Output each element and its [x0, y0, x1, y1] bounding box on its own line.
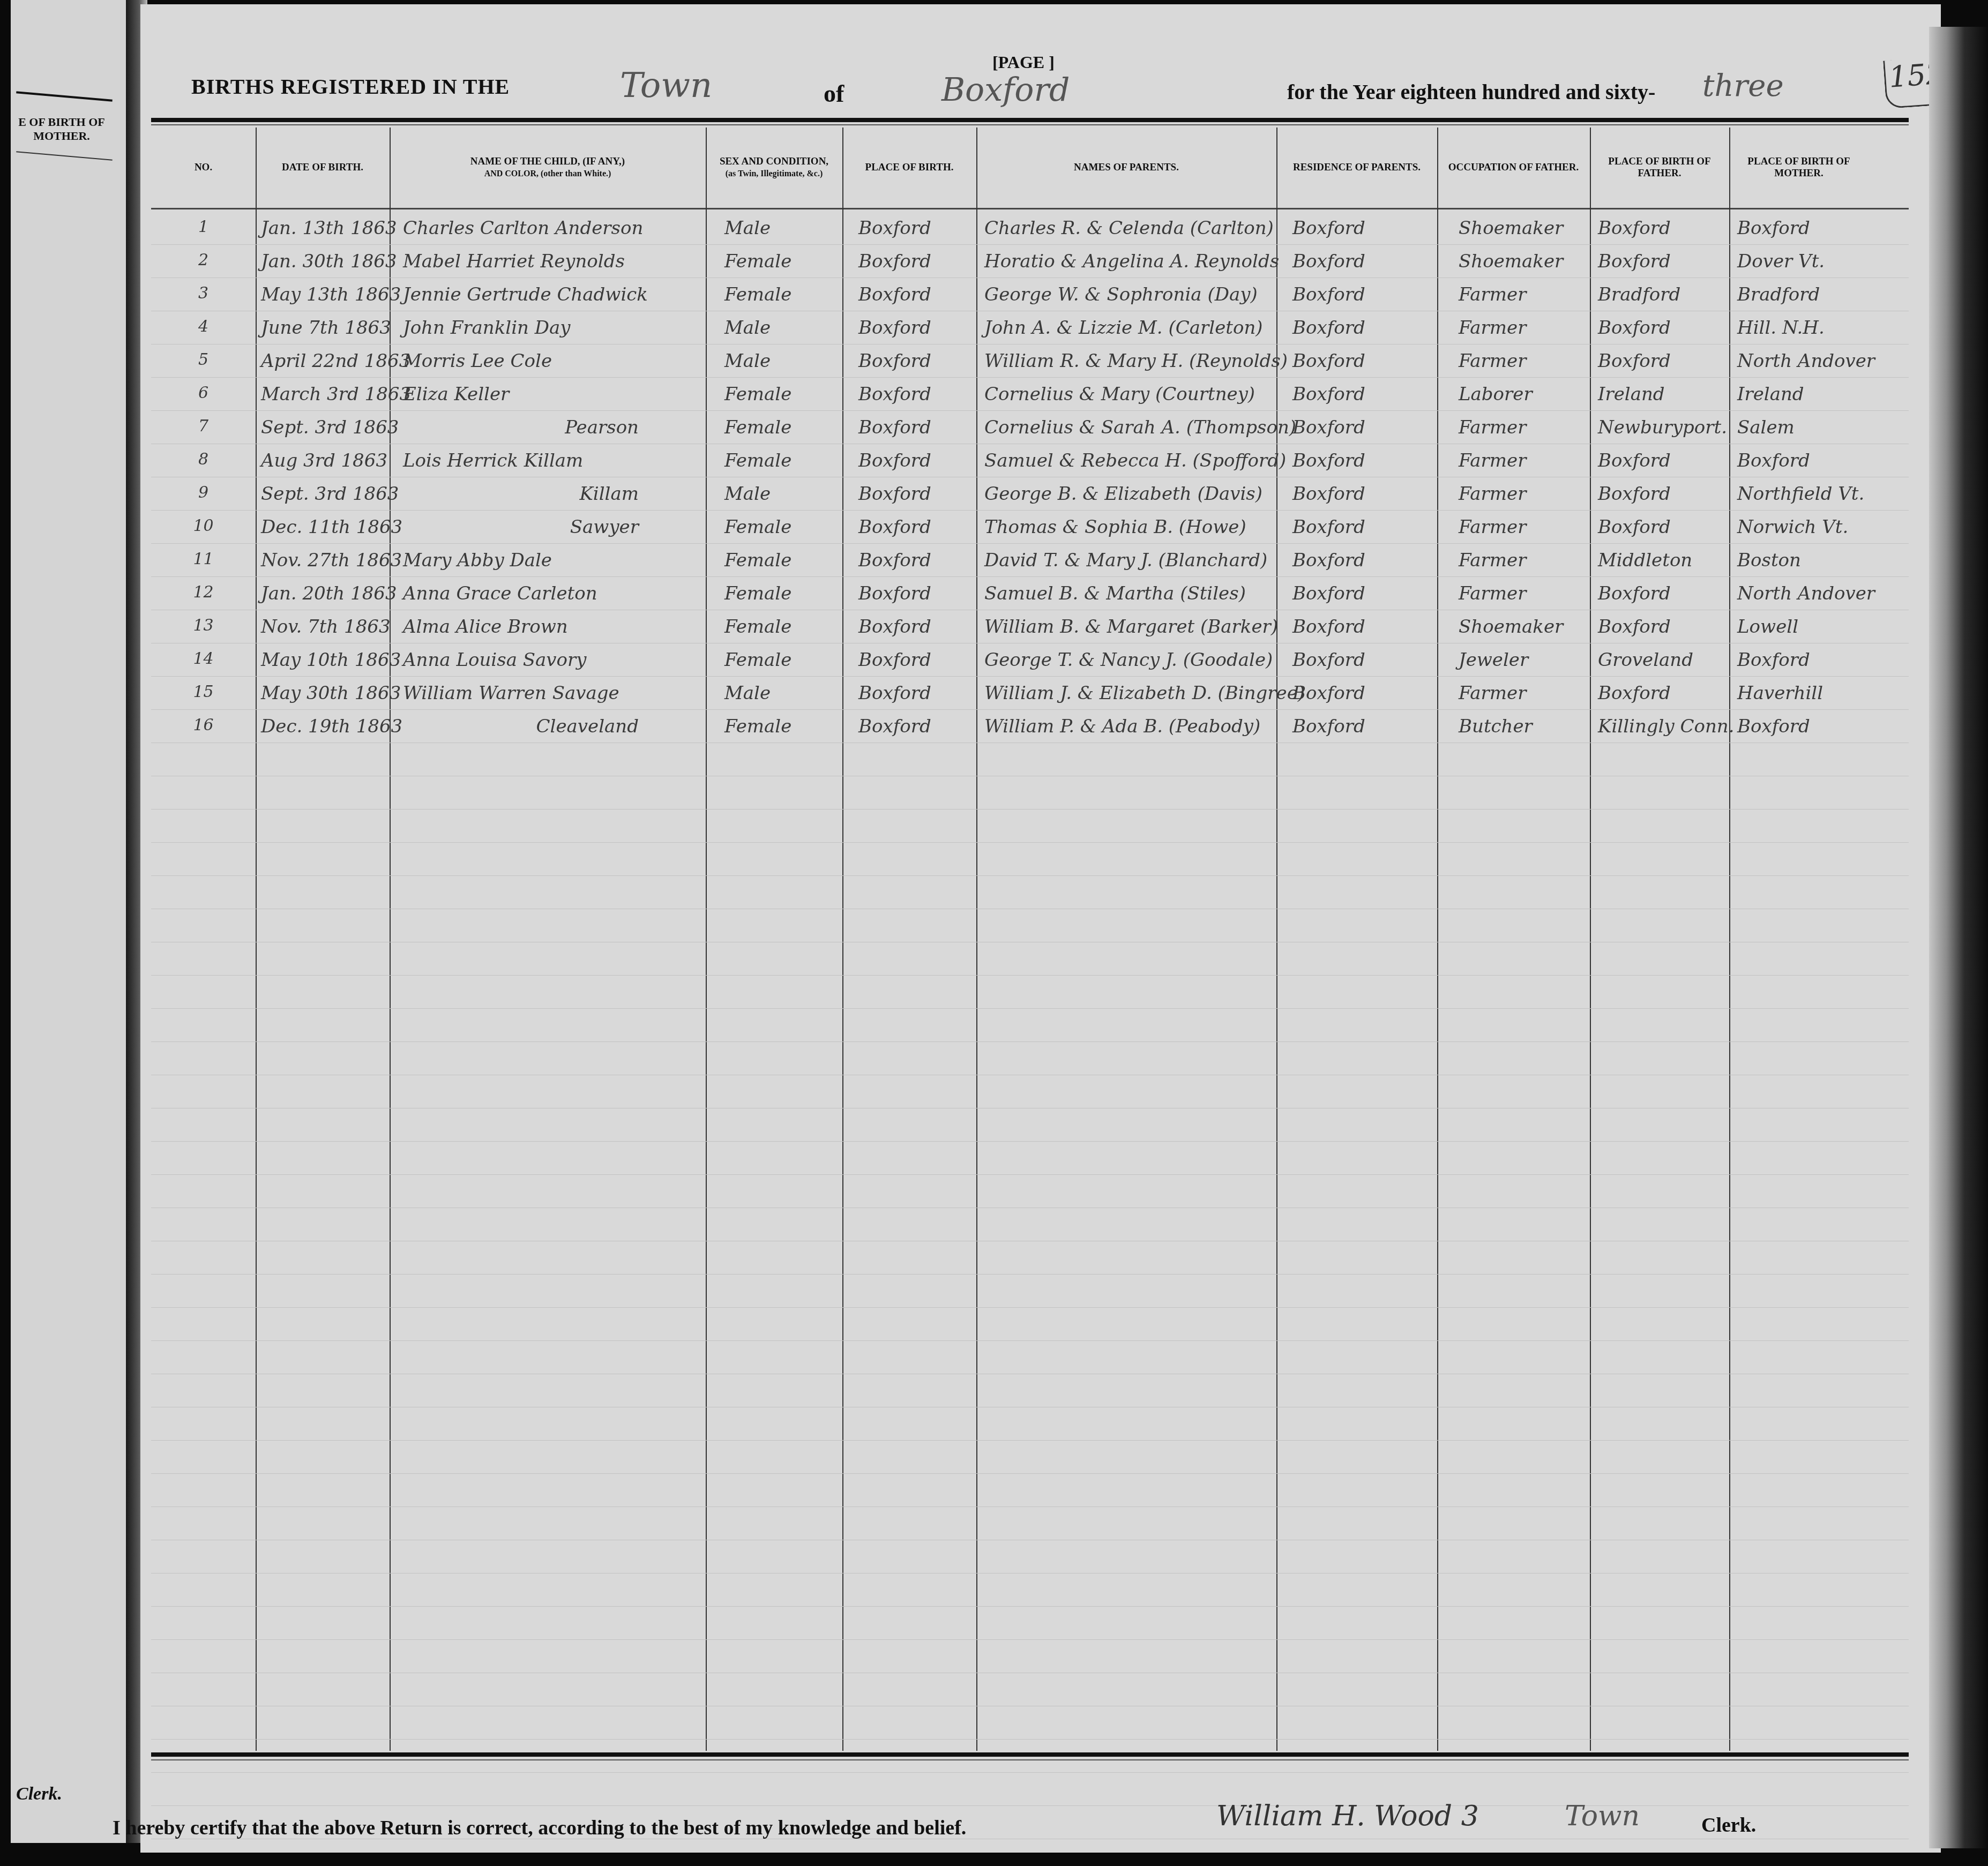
cell-residence: Boxford	[1292, 317, 1432, 339]
cell-mother-birth: Bradford	[1737, 284, 1877, 305]
ruled-line	[151, 1573, 1909, 1573]
cell-child: Anna Grace Carleton	[403, 583, 703, 604]
cell-place: Boxford	[858, 516, 971, 538]
cell-sex: Male	[724, 683, 837, 704]
of-label: of	[824, 79, 844, 108]
cell-father-birth: Boxford	[1598, 450, 1727, 471]
cell-no: 6	[151, 384, 256, 402]
cell-parents: David T. & Mary J. (Blanchard)	[984, 550, 1274, 571]
town-name: Boxford	[941, 71, 1070, 109]
ruled-line	[151, 1041, 1909, 1042]
cell-no: 14	[151, 649, 256, 668]
cell-parents: Horatio & Angelina A. Reynolds	[984, 251, 1274, 272]
cell-child: Alma Alice Brown	[403, 616, 703, 638]
cell-place: Boxford	[858, 550, 971, 571]
cell-residence: Boxford	[1292, 683, 1432, 704]
cell-father-birth: Boxford	[1598, 317, 1727, 339]
cell-parents: Samuel B. & Martha (Stiles)	[984, 583, 1274, 604]
cell-father-birth: Boxford	[1598, 350, 1727, 372]
cell-date: Sept. 3rd 1863	[261, 483, 390, 505]
ruled-line	[151, 1008, 1909, 1009]
cell-place: Boxford	[858, 317, 971, 339]
table-row: 11Nov. 27th 1863Mary Abby DaleFemaleBoxf…	[151, 545, 1909, 579]
cell-residence: Boxford	[1292, 251, 1432, 272]
cell-occupation: Butcher	[1459, 716, 1587, 737]
cell-date: April 22nd 1863	[261, 350, 390, 372]
municipality-type: Town	[620, 66, 712, 106]
ruled-line	[151, 1307, 1909, 1308]
ruled-line	[151, 1473, 1909, 1474]
cell-mother-birth: North Andover	[1737, 350, 1877, 372]
cell-occupation: Farmer	[1459, 317, 1587, 339]
cell-child: Pearson	[403, 417, 703, 438]
cell-occupation: Farmer	[1459, 417, 1587, 438]
cell-place: Boxford	[858, 284, 971, 305]
cell-parents: Charles R. & Celenda (Carlton)	[984, 218, 1274, 239]
ruled-line	[151, 1241, 1909, 1241]
cell-mother-birth: Boxford	[1737, 716, 1877, 737]
cell-mother-birth: Ireland	[1737, 384, 1877, 405]
table-row: 16Dec. 19th 1863CleavelandFemaleBoxfordW…	[151, 711, 1909, 745]
table-row: 8Aug 3rd 1863Lois Herrick KillamFemaleBo…	[151, 446, 1909, 479]
cell-child: Jennie Gertrude Chadwick	[403, 284, 703, 305]
cell-father-birth: Boxford	[1598, 516, 1727, 538]
cell-no: 2	[151, 251, 256, 269]
ruled-line	[151, 1739, 1909, 1740]
cell-date: Nov. 7th 1863	[261, 616, 390, 638]
cell-mother-birth: North Andover	[1737, 583, 1877, 604]
table-row: 10Dec. 11th 1863SawyerFemaleBoxfordThoma…	[151, 512, 1909, 545]
cell-sex: Male	[724, 483, 837, 505]
ruled-line	[151, 1075, 1909, 1075]
cell-parents: Samuel & Rebecca H. (Spofford)	[984, 450, 1274, 471]
cell-place: Boxford	[858, 350, 971, 372]
ruled-line	[151, 1673, 1909, 1673]
cell-sex: Female	[724, 251, 837, 272]
cell-place: Boxford	[858, 218, 971, 239]
cell-father-birth: Groveland	[1598, 649, 1727, 671]
col-header-sex: SEX AND CONDITION,(as Twin, Illegitimate…	[706, 128, 842, 208]
cell-place: Boxford	[858, 384, 971, 405]
cell-mother-birth: Dover Vt.	[1737, 251, 1877, 272]
cell-sex: Female	[724, 649, 837, 671]
page-label: [PAGE ]	[992, 53, 1055, 72]
cell-date: May 30th 1863	[261, 683, 390, 704]
table-row: 7Sept. 3rd 1863PearsonFemaleBoxfordCorne…	[151, 413, 1909, 446]
cell-sex: Female	[724, 417, 837, 438]
cell-no: 10	[151, 516, 256, 535]
cell-sex: Female	[724, 583, 837, 604]
cell-parents: George B. & Elizabeth (Davis)	[984, 483, 1274, 505]
cell-occupation: Shoemaker	[1459, 251, 1587, 272]
cell-occupation: Shoemaker	[1459, 616, 1587, 638]
cell-no: 15	[151, 683, 256, 701]
cell-sex: Female	[724, 516, 837, 538]
cell-parents: George W. & Sophronia (Day)	[984, 284, 1274, 305]
cell-father-birth: Boxford	[1598, 483, 1727, 505]
ruled-line	[151, 942, 1909, 942]
cell-no: 4	[151, 317, 256, 336]
title-prefix: BIRTHS REGISTERED IN THE	[191, 74, 510, 99]
table-row: 5April 22nd 1863Morris Lee ColeMaleBoxfo…	[151, 346, 1909, 379]
cell-date: Dec. 11th 1863	[261, 516, 390, 538]
cell-mother-birth: Haverhill	[1737, 683, 1877, 704]
ruled-line	[151, 809, 1909, 810]
column-header-rule	[151, 208, 1909, 209]
footer-thick-rule	[151, 1752, 1909, 1757]
cell-mother-birth: Northfield Vt.	[1737, 483, 1877, 505]
cell-date: Jan. 20th 1863	[261, 583, 390, 604]
cell-date: Jan. 13th 1863	[261, 218, 390, 239]
cell-father-birth: Boxford	[1598, 683, 1727, 704]
certification-statement: I hereby certify that the above Return i…	[113, 1816, 966, 1840]
cell-child: Mary Abby Dale	[403, 550, 703, 571]
cell-mother-birth: Boxford	[1737, 649, 1877, 671]
cell-father-birth: Middleton	[1598, 550, 1727, 571]
cell-no: 16	[151, 716, 256, 735]
cell-mother-birth: Salem	[1737, 417, 1877, 438]
cell-parents: Thomas & Sophia B. (Howe)	[984, 516, 1274, 538]
cell-no: 9	[151, 483, 256, 502]
col-header-residence: RESIDENCE OF PARENTS.	[1276, 128, 1437, 208]
year-prefix: for the Year eighteen hundred and sixty-	[1287, 79, 1655, 104]
cell-sex: Female	[724, 716, 837, 737]
col-header-occupation: OCCUPATION OF FATHER.	[1437, 128, 1590, 208]
cell-date: Sept. 3rd 1863	[261, 417, 390, 438]
cell-parents: Cornelius & Sarah A. (Thompson)	[984, 417, 1274, 438]
cell-mother-birth: Norwich Vt.	[1737, 516, 1877, 538]
facing-page-clerk-label: Clerk.	[16, 1784, 62, 1804]
cell-residence: Boxford	[1292, 716, 1432, 737]
cell-sex: Female	[724, 616, 837, 638]
cell-date: May 13th 1863	[261, 284, 390, 305]
cell-child: William Warren Savage	[403, 683, 703, 704]
col-header-father-birth: PLACE OF BIRTH OFFATHER.	[1590, 128, 1729, 208]
cell-place: Boxford	[858, 616, 971, 638]
ruled-line	[151, 1639, 1909, 1640]
cell-residence: Boxford	[1292, 384, 1432, 405]
cell-date: Dec. 19th 1863	[261, 716, 390, 737]
cell-parents: William B. & Margaret (Barker)	[984, 616, 1274, 638]
cell-occupation: Farmer	[1459, 683, 1587, 704]
col-header-place: PLACE OF BIRTH.	[842, 128, 976, 208]
cell-occupation: Farmer	[1459, 550, 1587, 571]
cell-date: Nov. 27th 1863	[261, 550, 390, 571]
cell-no: 7	[151, 417, 256, 436]
cell-place: Boxford	[858, 417, 971, 438]
cell-residence: Boxford	[1292, 583, 1432, 604]
ruled-line	[151, 1108, 1909, 1108]
cell-place: Boxford	[858, 683, 971, 704]
cell-father-birth: Boxford	[1598, 616, 1727, 638]
cell-sex: Female	[724, 450, 837, 471]
cell-father-birth: Boxford	[1598, 583, 1727, 604]
cell-date: June 7th 1863	[261, 317, 390, 339]
cell-father-birth: Newburyport.	[1598, 417, 1727, 438]
signer-title-type: Town	[1565, 1800, 1640, 1832]
cell-child: Mabel Harriet Reynolds	[403, 251, 703, 272]
cell-parents: William P. & Ada B. (Peabody)	[984, 716, 1274, 737]
table-row: 1Jan. 13th 1863Charles Carlton AndersonM…	[151, 213, 1909, 246]
cell-child: John Franklin Day	[403, 317, 703, 339]
footer-thin-rule	[151, 1759, 1909, 1760]
cell-occupation: Farmer	[1459, 450, 1587, 471]
cell-date: Jan. 30th 1863	[261, 251, 390, 272]
ruled-line	[151, 1606, 1909, 1607]
header-rule	[16, 151, 112, 161]
ruled-line	[151, 1805, 1909, 1806]
cell-parents: George T. & Nancy J. (Goodale)	[984, 649, 1274, 671]
clerk-signature: William H. Wood 3	[1216, 1800, 1479, 1832]
col-header-mother-birth: PLACE OF BIRTH OFMOTHER.	[1729, 128, 1869, 208]
col-header-date: DATE OF BIRTH.	[256, 128, 390, 208]
ruled-line	[151, 875, 1909, 876]
ruled-line	[151, 776, 1909, 776]
cell-mother-birth: Boston	[1737, 550, 1877, 571]
register-page: BIRTHS REGISTERED IN THE Town of [PAGE ]…	[140, 4, 1941, 1853]
table-row: 15May 30th 1863William Warren SavageMale…	[151, 678, 1909, 711]
cell-place: Boxford	[858, 251, 971, 272]
cell-no: 13	[151, 616, 256, 635]
cell-sex: Female	[724, 384, 837, 405]
ruled-line	[151, 1407, 1909, 1407]
cell-father-birth: Boxford	[1598, 251, 1727, 272]
page-edges	[1929, 27, 1988, 1848]
page-title: BIRTHS REGISTERED IN THE Town of [PAGE ]…	[191, 69, 1909, 117]
cell-occupation: Shoemaker	[1459, 218, 1587, 239]
cell-child: Charles Carlton Anderson	[403, 218, 703, 239]
cell-mother-birth: Lowell	[1737, 616, 1877, 638]
cell-father-birth: Boxford	[1598, 218, 1727, 239]
cell-residence: Boxford	[1292, 616, 1432, 638]
header-rule	[16, 91, 113, 102]
ruled-line	[151, 1174, 1909, 1175]
col-header-parents: NAMES OF PARENTS.	[976, 128, 1276, 208]
cell-child: Cleaveland	[403, 716, 703, 737]
cell-mother-birth: Boxford	[1737, 218, 1877, 239]
cell-date: Aug 3rd 1863	[261, 450, 390, 471]
cell-no: 11	[151, 550, 256, 568]
cell-occupation: Laborer	[1459, 384, 1587, 405]
header-thin-rule	[151, 124, 1909, 125]
cell-sex: Male	[724, 317, 837, 339]
cell-sex: Male	[724, 218, 837, 239]
cell-residence: Boxford	[1292, 350, 1432, 372]
signer-title: Clerk.	[1701, 1813, 1756, 1837]
ruled-line	[151, 1440, 1909, 1441]
cell-place: Boxford	[858, 583, 971, 604]
cell-residence: Boxford	[1292, 649, 1432, 671]
ruled-line	[151, 909, 1909, 909]
cell-residence: Boxford	[1292, 516, 1432, 538]
table-row: 9Sept. 3rd 1863KillamMaleBoxfordGeorge B…	[151, 479, 1909, 512]
table-row: 4June 7th 1863John Franklin DayMaleBoxfo…	[151, 313, 1909, 346]
ruled-line	[151, 1772, 1909, 1773]
cell-residence: Boxford	[1292, 483, 1432, 505]
cell-child: Morris Lee Cole	[403, 350, 703, 372]
table-row: 6March 3rd 1863Eliza KellerFemaleBoxford…	[151, 379, 1909, 413]
col-header-child: NAME OF THE CHILD, (IF ANY,)AND COLOR, (…	[390, 128, 706, 208]
cell-occupation: Farmer	[1459, 284, 1587, 305]
cell-date: May 10th 1863	[261, 649, 390, 671]
cell-occupation: Farmer	[1459, 583, 1587, 604]
cell-occupation: Farmer	[1459, 350, 1587, 372]
ruled-line	[151, 842, 1909, 843]
cell-child: Sawyer	[403, 516, 703, 538]
table-row: 14May 10th 1863Anna Louisa SavoryFemaleB…	[151, 645, 1909, 678]
table-row: 13Nov. 7th 1863Alma Alice BrownFemaleBox…	[151, 612, 1909, 645]
cell-mother-birth: Hill. N.H.	[1737, 317, 1877, 339]
cell-parents: William J. & Elizabeth D. (Bingree)	[984, 683, 1274, 704]
ruled-line	[151, 1540, 1909, 1540]
cell-mother-birth: Boxford	[1737, 450, 1877, 471]
cell-sex: Male	[724, 350, 837, 372]
table-row: 12Jan. 20th 1863Anna Grace CarletonFemal…	[151, 579, 1909, 612]
cell-place: Boxford	[858, 450, 971, 471]
facing-page-header-fragment: E OF BIRTH OF MOTHER.	[11, 115, 113, 143]
cell-date: March 3rd 1863	[261, 384, 390, 405]
header-thick-rule	[151, 118, 1909, 122]
table-row: 3May 13th 1863Jennie Gertrude ChadwickFe…	[151, 280, 1909, 313]
ruled-line	[151, 1208, 1909, 1208]
cell-sex: Female	[724, 284, 837, 305]
cell-child: Eliza Keller	[403, 384, 703, 405]
ruled-line	[151, 975, 1909, 976]
cell-father-birth: Bradford	[1598, 284, 1727, 305]
col-header-no: NO.	[151, 128, 256, 208]
cell-occupation: Farmer	[1459, 483, 1587, 505]
ruled-line	[151, 1706, 1909, 1706]
cell-sex: Female	[724, 550, 837, 571]
cell-residence: Boxford	[1292, 550, 1432, 571]
cell-residence: Boxford	[1292, 284, 1432, 305]
facing-page: E OF BIRTH OF MOTHER. Clerk.	[11, 0, 128, 1843]
ruled-line	[151, 1274, 1909, 1275]
cell-parents: Cornelius & Mary (Courtney)	[984, 384, 1274, 405]
cell-no: 8	[151, 450, 256, 469]
year-word: three	[1702, 69, 1784, 103]
cell-father-birth: Killingly Conn.	[1598, 716, 1727, 737]
cell-child: Lois Herrick Killam	[403, 450, 703, 471]
cell-residence: Boxford	[1292, 218, 1432, 239]
cell-parents: John A. & Lizzie M. (Carleton)	[984, 317, 1274, 339]
cell-no: 5	[151, 350, 256, 369]
cell-parents: William R. & Mary H. (Reynolds)	[984, 350, 1274, 372]
ruled-line	[151, 1141, 1909, 1142]
cell-place: Boxford	[858, 716, 971, 737]
cell-no: 3	[151, 284, 256, 303]
cell-place: Boxford	[858, 649, 971, 671]
ruled-line	[151, 1374, 1909, 1374]
cell-residence: Boxford	[1292, 417, 1432, 438]
cell-no: 12	[151, 583, 256, 602]
cell-place: Boxford	[858, 483, 971, 505]
cell-father-birth: Ireland	[1598, 384, 1727, 405]
ruled-line	[151, 1340, 1909, 1341]
cell-child: Killam	[403, 483, 703, 505]
ruled-line	[151, 1507, 1909, 1507]
cell-no: 1	[151, 218, 256, 236]
cell-child: Anna Louisa Savory	[403, 649, 703, 671]
table-row: 2Jan. 30th 1863Mabel Harriet ReynoldsFem…	[151, 246, 1909, 280]
cell-residence: Boxford	[1292, 450, 1432, 471]
cell-occupation: Jeweler	[1459, 649, 1587, 671]
cell-occupation: Farmer	[1459, 516, 1587, 538]
